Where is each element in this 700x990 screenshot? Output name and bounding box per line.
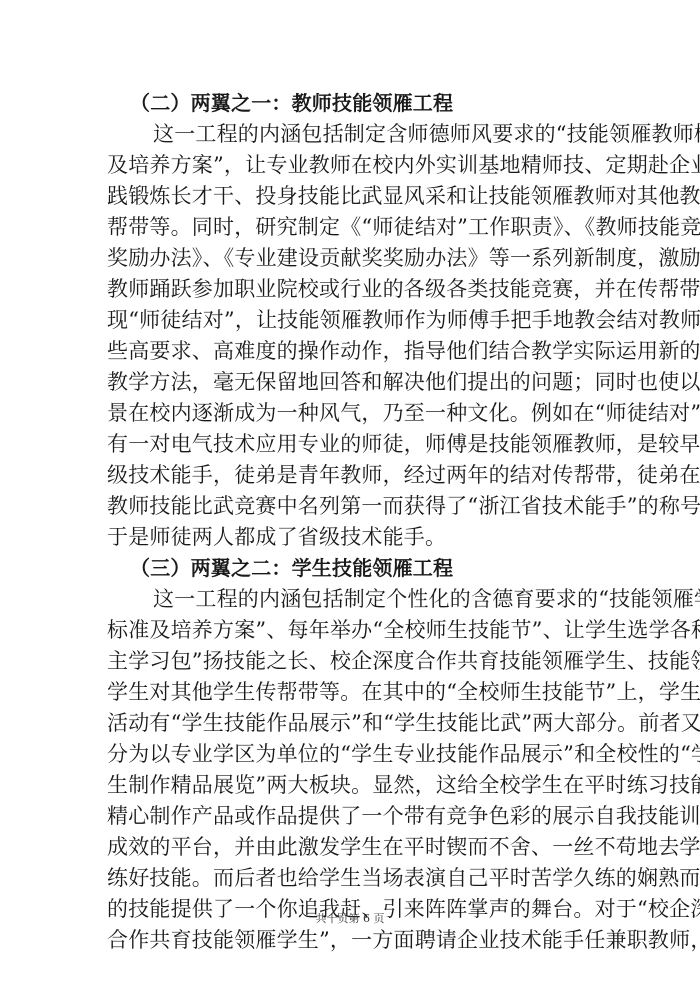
paragraph-line: 主学习包”扬技能之长、校企深度合作共育技能领雁学生、技能领雁 — [107, 646, 595, 677]
paragraph-line: 级技术能手，徒弟是青年教师，经过两年的结对传帮带，徒弟在全省 — [107, 460, 595, 491]
paragraph-line: 于是师徒两人都成了省级技术能手。 — [107, 522, 595, 553]
document-page: （二）两翼之一：教师技能领雁工程 这一工程的内涵包括制定含师德师风要求的“技能领… — [107, 88, 595, 956]
paragraph-line: 活动有“学生技能作品展示”和“学生技能比武”两大部分。前者又 — [107, 708, 595, 739]
paragraph-line: 生制作精品展览”两大板块。显然，这给全校学生在平时练习技能、 — [107, 770, 595, 801]
paragraph-line: 帮带等。同时，研究制定《“师徒结对”工作职责》、《教师技能竞赛 — [107, 212, 595, 243]
page-footer: 共十页第 6 页 — [0, 910, 700, 926]
paragraph-line: 这一工程的内涵包括制定个性化的含德育要求的“技能领雁学生 — [107, 584, 595, 615]
paragraph-line: 练好技能。而后者也给学生当场表演自己平时苦学久练的娴熟而精湛 — [107, 863, 595, 894]
paragraph-line: 及培养方案”，让专业教师在校内外实训基地精师技、定期赴企业实 — [107, 150, 595, 181]
paragraph-line: 学生对其他学生传帮带等。在其中的“全校师生技能节”上，学生的 — [107, 677, 595, 708]
section-heading-student: （三）两翼之二：学生技能领雁工程 — [107, 553, 595, 584]
paragraph-line: 教师技能比武竞赛中名列第一而获得了“浙江省技术能手”的称号， — [107, 491, 595, 522]
section-heading-teacher: （二）两翼之一：教师技能领雁工程 — [107, 88, 595, 119]
paragraph-line: 成效的平台，并由此激发学生在平时锲而不舍、一丝不苟地去学会和 — [107, 832, 595, 863]
paragraph-line: 合作共育技能领雁学生”，一方面聘请企业技术能手任兼职教师，聘 — [107, 925, 595, 956]
paragraph-line: 践锻炼长才干、投身技能比武显风采和让技能领雁教师对其他教师传 — [107, 181, 595, 212]
paragraph-line: 奖励办法》、《专业建设贡献奖奖励办法》等一系列新制度，激励专业 — [107, 243, 595, 274]
paragraph-line: 标准及培养方案”、每年举办“全校师生技能节”、让学生选学各种“自 — [107, 615, 595, 646]
paragraph-line: 教师踊跃参加职业院校或行业的各级各类技能竞赛，并在传帮带中实 — [107, 274, 595, 305]
paragraph-line: 精心制作产品或作品提供了一个带有竞争色彩的展示自我技能训练 — [107, 801, 595, 832]
paragraph-line: 分为以专业学区为单位的“学生专业技能作品展示”和全校性的“学 — [107, 739, 595, 770]
paragraph-line: 有一对电气技术应用专业的师徒，师傅是技能领雁教师，是较早的省 — [107, 429, 595, 460]
paragraph-line: 景在校内逐渐成为一种风气，乃至一种文化。例如在“师徒结对”中， — [107, 398, 595, 429]
paragraph-line: 这一工程的内涵包括制定含师德师风要求的“技能领雁教师标准 — [107, 119, 595, 150]
paragraph-line: 教学方法，毫无保留地回答和解决他们提出的问题；同时也使以上情 — [107, 367, 595, 398]
paragraph-line: 些高要求、高难度的操作动作，指导他们结合教学实际运用新的技能 — [107, 336, 595, 367]
paragraph-line: 现“师徒结对”，让技能领雁教师作为师傅手把手地教会结对教师那 — [107, 305, 595, 336]
